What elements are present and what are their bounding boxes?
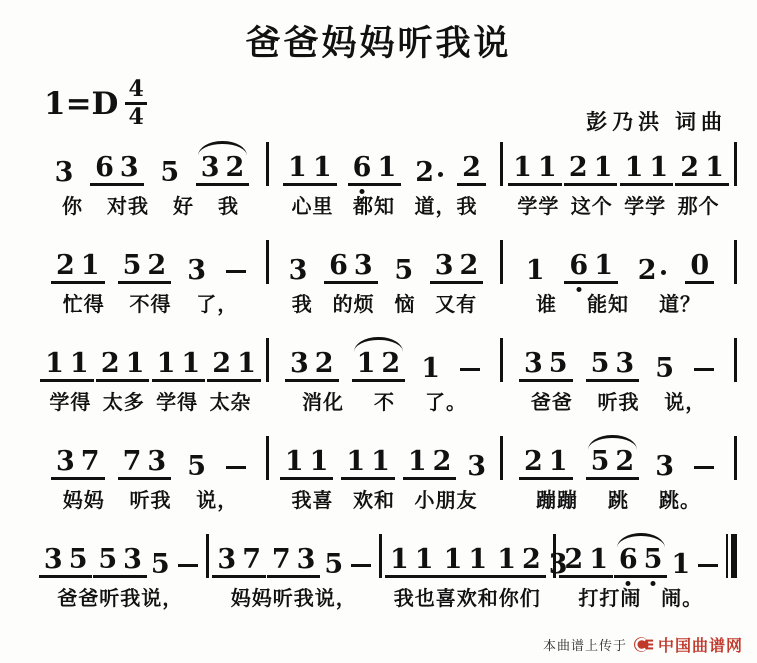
lyric-token: 听我 xyxy=(130,489,172,513)
beamed-note-group: 65 xyxy=(614,546,668,578)
measure: 116122心里都知道，我 xyxy=(272,140,497,219)
barline xyxy=(734,338,737,382)
note: 1 xyxy=(441,546,466,573)
final-barline xyxy=(726,534,737,578)
score-line: 21523忙得不得了，363532我的烦恼又有16120谁能知道？ xyxy=(38,238,740,317)
note: 2 xyxy=(519,546,544,573)
beamed-note-group: 11 xyxy=(341,448,395,480)
notes-row: 37735 xyxy=(212,532,377,578)
note: 1 xyxy=(307,448,332,475)
note-digit: 1 xyxy=(374,154,399,181)
augmentation-dot xyxy=(661,270,666,275)
note-digit: 2 xyxy=(457,252,482,279)
notes-row: 16120 xyxy=(506,238,731,284)
note-digit: 2 xyxy=(378,350,403,377)
note-group: 3 xyxy=(52,159,77,186)
note-digit: 2 xyxy=(312,350,337,377)
augmentation-dot xyxy=(438,172,443,177)
duration-dash xyxy=(694,466,714,469)
lyric-token: 太多 xyxy=(103,391,145,415)
note-group: 2 xyxy=(635,257,669,284)
note-digit: 2 xyxy=(144,252,169,279)
note-digit: 1 xyxy=(591,252,616,279)
barline xyxy=(500,142,503,186)
notes-row: 21523 xyxy=(506,434,731,480)
notes-row: 1111123 xyxy=(272,434,497,480)
notes-row: 116122 xyxy=(272,140,497,186)
beamed-note-group: 52 xyxy=(118,252,172,284)
note-digit: 2 xyxy=(430,448,455,475)
note-digit: 2 xyxy=(635,257,660,284)
lyric-token: 跳。 xyxy=(659,489,701,513)
note: 3 xyxy=(652,453,677,480)
barline xyxy=(379,534,382,578)
note: 3 xyxy=(612,350,637,377)
notes-row: 37735 xyxy=(38,434,263,480)
note: 0 xyxy=(687,252,712,279)
note: 2 xyxy=(459,154,484,181)
note-digit: 1 xyxy=(494,546,519,573)
site-logo: 中国曲谱网 xyxy=(634,633,743,656)
lyric-token: 好 xyxy=(173,195,194,219)
note: 1 xyxy=(405,448,430,475)
note: 2 xyxy=(223,154,248,181)
note-digit: 0 xyxy=(687,252,712,279)
note-digit: 1 xyxy=(354,350,379,377)
note-digit: 5 xyxy=(184,453,209,480)
note: 1 xyxy=(374,154,399,181)
note-digit: 3 xyxy=(41,546,66,573)
note-digit: 2 xyxy=(677,154,702,181)
lyric-token: 跳 xyxy=(608,489,629,513)
measure: 16120谁能知道？ xyxy=(506,238,731,317)
time-signature: 4 4 xyxy=(125,78,146,129)
measure: 37735妈妈听我说， xyxy=(212,532,377,611)
beamed-note-group: 11 xyxy=(508,154,562,186)
note-digit: 1 xyxy=(622,154,647,181)
beamed-note-group: 11 xyxy=(385,546,439,578)
note-digit: 1 xyxy=(78,252,103,279)
note: 2 xyxy=(53,252,78,279)
beamed-note-group: 32 xyxy=(430,252,484,284)
site-name: 中国曲谱网 xyxy=(658,633,743,656)
lyric-token: 欢和 xyxy=(353,489,395,513)
note-digit: 3 xyxy=(144,448,169,475)
note: 3 xyxy=(184,257,209,284)
notes-row: 21523 xyxy=(38,238,263,284)
barline xyxy=(500,240,503,284)
lyric-token: 不得 xyxy=(130,293,172,317)
beamed-note-group: 61 xyxy=(348,154,402,186)
beamed-note-group: 21 xyxy=(675,154,729,186)
note-digit: 5 xyxy=(641,546,666,573)
beamed-note-group: 63 xyxy=(324,252,378,284)
note-digit: 5 xyxy=(588,448,613,475)
barline xyxy=(500,436,503,480)
lyric-row: 妈妈听我说， xyxy=(38,489,263,513)
lyric-token: 打打闹 xyxy=(578,587,641,611)
barline xyxy=(266,338,269,382)
lyric-token: 的烦 xyxy=(333,293,375,317)
note-group: 3 xyxy=(184,257,209,284)
lyric-token: 蹦蹦 xyxy=(536,489,578,513)
note-digit: 1 xyxy=(310,154,335,181)
note-digit: 1 xyxy=(405,448,430,475)
note-digit: 3 xyxy=(184,257,209,284)
notes-row: 1111123 xyxy=(385,532,550,578)
note-digit: 7 xyxy=(120,448,145,475)
measure: 11211121学得太多学得太杂 xyxy=(38,336,263,415)
barline xyxy=(734,436,737,480)
barline xyxy=(266,240,269,284)
lyric-token: 妈妈 xyxy=(63,489,105,513)
measure: 1111123我喜欢和小朋友 xyxy=(272,434,497,513)
duration-dash xyxy=(698,564,718,567)
measure: 21523蹦蹦跳跳。 xyxy=(506,434,731,513)
note-digit: 7 xyxy=(239,546,264,573)
lyric-token: 对我 xyxy=(107,195,149,219)
beamed-note-group: 2 xyxy=(457,154,486,186)
note: 1 xyxy=(310,154,335,181)
footer-watermark: 本曲谱上传于 中国曲谱网 xyxy=(543,633,743,656)
lyric-token: 太杂 xyxy=(210,391,252,415)
beamed-note-group: 32 xyxy=(285,350,339,382)
note-digit: 5 xyxy=(120,252,145,279)
lyric-token: 听我 xyxy=(598,391,640,415)
note-digit: 3 xyxy=(432,252,457,279)
note-digit: 2 xyxy=(223,154,248,181)
note: 6 xyxy=(326,252,351,279)
beamed-note-group: 21 xyxy=(207,350,261,382)
note: 5 xyxy=(391,257,416,284)
note: 1 xyxy=(368,448,393,475)
duration-dash xyxy=(226,270,246,273)
note: 2 xyxy=(430,448,455,475)
note-digit: 5 xyxy=(66,546,91,573)
note: 2 xyxy=(209,350,234,377)
note: 7 xyxy=(120,448,145,475)
note-digit: 2 xyxy=(612,448,637,475)
notes-row: 363532 xyxy=(38,140,263,186)
note: 1 xyxy=(510,154,535,181)
note-digit: 7 xyxy=(269,546,294,573)
lyric-row: 心里都知道，我 xyxy=(272,195,497,219)
note: 3 xyxy=(294,546,319,573)
note-digit: 2 xyxy=(519,546,544,573)
duration-dash xyxy=(694,368,714,371)
note-digit: 1 xyxy=(465,546,490,573)
note: 2 xyxy=(635,257,660,284)
note: 5 xyxy=(546,350,571,377)
beamed-note-group: 12 xyxy=(352,350,406,382)
lyric-token: 了， xyxy=(196,293,238,317)
note-digit: 1 xyxy=(412,546,437,573)
lyric-row: 打打闹闹。 xyxy=(559,587,724,611)
octave-dot xyxy=(626,581,631,586)
barline xyxy=(266,142,269,186)
duration-dash xyxy=(351,564,371,567)
note: 1 xyxy=(178,350,203,377)
measure: 35535爸爸听我说， xyxy=(38,532,203,611)
note: 1 xyxy=(546,448,571,475)
note-digit: 5 xyxy=(588,350,613,377)
notes-row: 11211121 xyxy=(38,336,263,382)
note-group: 3 xyxy=(652,453,677,480)
lyric-token: 我喜 xyxy=(292,489,334,513)
note: 1 xyxy=(282,448,307,475)
note-digit: 3 xyxy=(521,350,546,377)
lyric-token: 了。 xyxy=(425,391,467,415)
note-digit: 5 xyxy=(157,159,182,186)
lyric-row: 我的烦恼又有 xyxy=(272,293,497,317)
note-digit: 5 xyxy=(148,551,173,578)
note-digit: 1 xyxy=(343,448,368,475)
note: 1 xyxy=(586,546,611,573)
lyric-row: 爸爸听我说， xyxy=(38,587,203,611)
measure: 1111123我也喜欢和你们 xyxy=(385,532,550,611)
note-digit: 3 xyxy=(52,159,77,186)
note-digit: 3 xyxy=(120,546,145,573)
lyric-token: 学学 xyxy=(517,195,559,219)
note-digit: 1 xyxy=(646,154,671,181)
lyric-token: 道，我 xyxy=(415,195,478,219)
lyric-row: 消化不了。 xyxy=(272,391,497,415)
note-digit: 2 xyxy=(566,154,591,181)
barline xyxy=(206,534,209,578)
note-digit: 3 xyxy=(198,154,223,181)
beamed-note-group: 32 xyxy=(196,154,250,186)
lyric-row: 谁能知道？ xyxy=(506,293,731,317)
note-digit: 1 xyxy=(387,546,412,573)
lyric-token: 消化 xyxy=(302,391,344,415)
site-logo-icon xyxy=(634,636,654,653)
beamed-note-group: 11 xyxy=(280,448,334,480)
note: 1 xyxy=(465,546,490,573)
beamed-note-group: 11 xyxy=(152,350,206,382)
note-digit: 2 xyxy=(412,159,437,186)
note-digit: 1 xyxy=(418,355,443,382)
note-digit: 5 xyxy=(321,551,346,578)
note-digit: 1 xyxy=(178,350,203,377)
meter-numerator: 4 xyxy=(125,78,146,105)
notes-row: 35535 xyxy=(506,336,731,382)
note-digit: 3 xyxy=(612,350,637,377)
note-digit: 1 xyxy=(441,546,466,573)
note-digit: 1 xyxy=(510,154,535,181)
notes-row: 35535 xyxy=(38,532,203,578)
lyric-token: 谁 xyxy=(536,293,557,317)
note-group: 3 xyxy=(464,453,489,480)
note: 1 xyxy=(622,154,647,181)
note: 3 xyxy=(351,252,376,279)
lyric-token: 爸爸 xyxy=(531,391,573,415)
note: 1 xyxy=(154,350,179,377)
note: 1 xyxy=(591,154,616,181)
note: 3 xyxy=(198,154,223,181)
composer-credit: 彭乃洪 词曲 xyxy=(586,106,727,136)
beamed-note-group: 11 xyxy=(439,546,493,578)
beamed-note-group: 12 xyxy=(492,546,546,578)
barline xyxy=(500,338,503,382)
lyric-token: 说， xyxy=(664,391,706,415)
barline-thick xyxy=(731,534,737,578)
score-line: 363532你对我好我116122心里都知道，我11211121学学这个学学那个 xyxy=(38,140,740,219)
barline-thin xyxy=(726,534,728,578)
note-group: 5 xyxy=(148,551,173,578)
measure: 363532你对我好我 xyxy=(38,140,263,219)
note-digit: 6 xyxy=(616,546,641,573)
key-signature: 1=D 4 4 xyxy=(44,78,147,129)
note-digit: 3 xyxy=(214,546,239,573)
note-digit: 1 xyxy=(234,350,259,377)
note: 6 xyxy=(92,154,117,181)
note: 3 xyxy=(52,159,77,186)
note-digit: 1 xyxy=(591,154,616,181)
note: 3 xyxy=(521,350,546,377)
note: 2 xyxy=(144,252,169,279)
note: 2 xyxy=(378,350,403,377)
note: 3 xyxy=(432,252,457,279)
lyric-token: 学得 xyxy=(49,391,91,415)
note-digit: 1 xyxy=(546,448,571,475)
octave-dot xyxy=(576,287,581,292)
note: 5 xyxy=(588,448,613,475)
notes-row: 21651 xyxy=(559,532,724,578)
lyric-token: 忙得 xyxy=(63,293,105,317)
meter-denominator: 4 xyxy=(128,105,143,129)
lyric-token: 我也喜欢和你们 xyxy=(394,587,541,611)
barline xyxy=(734,142,737,186)
measure: 32121消化不了。 xyxy=(272,336,497,415)
note: 2 xyxy=(677,154,702,181)
beamed-note-group: 73 xyxy=(267,546,321,578)
beamed-note-group: 52 xyxy=(586,448,640,480)
note: 1 xyxy=(234,350,259,377)
note: 1 xyxy=(354,350,379,377)
note-digit: 5 xyxy=(95,546,120,573)
note-digit: 1 xyxy=(123,350,148,377)
note-digit: 2 xyxy=(459,154,484,181)
beamed-note-group: 35 xyxy=(39,546,93,578)
note: 1 xyxy=(535,154,560,181)
measure: 11211121学学这个学学那个 xyxy=(506,140,731,219)
note: 5 xyxy=(321,551,346,578)
beamed-note-group: 0 xyxy=(685,252,714,284)
note: 2 xyxy=(98,350,123,377)
note-digit: 3 xyxy=(53,448,78,475)
beamed-note-group: 63 xyxy=(90,154,144,186)
notes-row: 363532 xyxy=(272,238,497,284)
lyric-token: 又有 xyxy=(435,293,477,317)
notes-row: 32121 xyxy=(272,336,497,382)
note-digit: 1 xyxy=(668,551,693,578)
beamed-note-group: 35 xyxy=(519,350,573,382)
note: 1 xyxy=(343,448,368,475)
note-digit: 2 xyxy=(209,350,234,377)
lyric-row: 你对我好我 xyxy=(38,195,263,219)
lyric-token: 说， xyxy=(196,489,238,513)
note-digit: 2 xyxy=(561,546,586,573)
score-line: 11211121学得太多学得太杂32121消化不了。35535爸爸听我说， xyxy=(38,336,740,415)
note-digit: 3 xyxy=(294,546,319,573)
note-group: 5 xyxy=(157,159,182,186)
note-group: 1 xyxy=(668,551,693,578)
beamed-note-group: 21 xyxy=(51,252,105,284)
lyric-token: 闹。 xyxy=(661,587,703,611)
key-tonic: 1=D xyxy=(44,86,118,122)
beamed-note-group: 53 xyxy=(586,350,640,382)
lyric-token: 不 xyxy=(374,391,395,415)
measure: 21523忙得不得了， xyxy=(38,238,263,317)
note: 5 xyxy=(588,350,613,377)
lyric-token: 那个 xyxy=(678,195,720,219)
note: 2 xyxy=(412,159,437,186)
note: 3 xyxy=(287,350,312,377)
note: 1 xyxy=(494,546,519,573)
note: 1 xyxy=(412,546,437,573)
beamed-note-group: 11 xyxy=(283,154,337,186)
note-digit: 6 xyxy=(92,154,117,181)
lyric-token: 这个 xyxy=(571,195,613,219)
note-digit: 5 xyxy=(546,350,571,377)
lyric-row: 学学这个学学那个 xyxy=(506,195,731,219)
note: 7 xyxy=(269,546,294,573)
note: 1 xyxy=(702,154,727,181)
note: 3 xyxy=(464,453,489,480)
note-digit: 6 xyxy=(350,154,375,181)
note-digit: 1 xyxy=(307,448,332,475)
lyric-token: 小朋友 xyxy=(415,489,478,513)
lyric-token: 学得 xyxy=(156,391,198,415)
measure: 21651打打闹闹。 xyxy=(559,532,724,611)
lyric-row: 爸爸听我说， xyxy=(506,391,731,415)
note-digit: 6 xyxy=(326,252,351,279)
note-group: 2 xyxy=(412,159,446,186)
note: 5 xyxy=(120,252,145,279)
note: 1 xyxy=(78,252,103,279)
note-digit: 3 xyxy=(652,453,677,480)
upload-note: 本曲谱上传于 xyxy=(543,635,627,654)
note-digit: 3 xyxy=(287,350,312,377)
note: 1 xyxy=(668,551,693,578)
note: 7 xyxy=(78,448,103,475)
note: 2 xyxy=(561,546,586,573)
note-digit: 3 xyxy=(351,252,376,279)
note: 1 xyxy=(387,546,412,573)
note: 5 xyxy=(66,546,91,573)
note: 3 xyxy=(286,257,311,284)
lyric-token: 我 xyxy=(218,195,239,219)
beamed-note-group: 37 xyxy=(51,448,105,480)
lyric-row: 蹦蹦跳跳。 xyxy=(506,489,731,513)
note-group: 5 xyxy=(391,257,416,284)
lyric-token: 心里 xyxy=(292,195,334,219)
note-digit: 1 xyxy=(67,350,92,377)
note: 2 xyxy=(612,448,637,475)
note: 1 xyxy=(42,350,67,377)
lyric-token: 爸爸听我说， xyxy=(57,587,183,611)
note-digit: 3 xyxy=(286,257,311,284)
barline xyxy=(734,240,737,284)
note: 3 xyxy=(214,546,239,573)
note: 2 xyxy=(312,350,337,377)
note: 3 xyxy=(144,448,169,475)
beamed-note-group: 11 xyxy=(620,154,674,186)
note: 3 xyxy=(117,154,142,181)
note: 5 xyxy=(641,546,666,573)
note: 1 xyxy=(285,154,310,181)
sheet-music-page: 爸爸妈妈听我说 1=D 4 4 彭乃洪 词曲 363532你对我好我116122… xyxy=(0,0,757,663)
